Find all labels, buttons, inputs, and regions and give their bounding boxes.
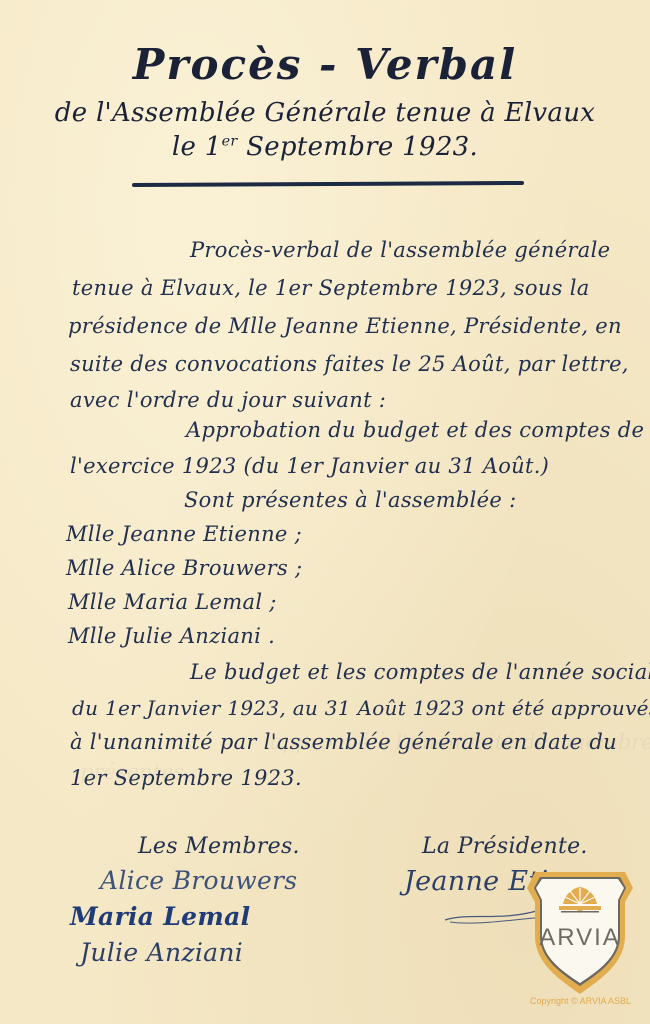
- resolution-line: Le budget et les comptes de l'année soci…: [190, 660, 650, 684]
- signature-julie-anziani: Julie Anziani: [80, 938, 243, 967]
- body-line: tenue à Elvaux, le 1er Septembre 1923, s…: [72, 276, 590, 300]
- arvia-logo-shield: ARVIA: [525, 866, 635, 998]
- body-line: avec l'ordre du jour suivant :: [70, 388, 386, 412]
- agenda-item: Approbation du budget et des comptes de: [186, 418, 644, 442]
- document-subtitle: de l'Assemblée Générale tenue à Elvaux: [0, 98, 650, 128]
- attendee: Mlle Jeanne Etienne ;: [66, 522, 302, 546]
- members-heading: Les Membres.: [138, 834, 300, 859]
- document-date: le 1er Septembre 1923.: [0, 132, 650, 162]
- signature-maria-lemal: Maria Lemal: [70, 902, 250, 931]
- body-line: Procès-verbal de l'assemblée générale: [190, 238, 610, 262]
- body-line: présidence de Mlle Jeanne Etienne, Prési…: [68, 314, 622, 338]
- document-title: Procès - Verbal: [0, 40, 650, 89]
- signature-alice-brouwers: Alice Brouwers: [100, 866, 297, 895]
- agenda-item: l'exercice 1923 (du 1er Janvier au 31 Ao…: [70, 454, 549, 478]
- attendee: Mlle Maria Lemal ;: [68, 590, 277, 614]
- president-heading: La Présidente.: [422, 834, 588, 859]
- resolution-line: du 1er Janvier 1923, au 31 Août 1923 ont…: [72, 696, 650, 720]
- resolution-line: à l'unanimité par l'assemblée générale e…: [70, 730, 617, 754]
- body-line: suite des convocations faites le 25 Août…: [70, 352, 629, 376]
- resolution-line: 1er Septembre 1923.: [70, 766, 302, 790]
- attendees-heading: Sont présentes à l'assemblée :: [184, 488, 517, 512]
- attendee: Mlle Julie Anziani .: [68, 624, 275, 648]
- attendee: Mlle Alice Brouwers ;: [66, 556, 302, 580]
- logo-text: ARVIA: [525, 924, 635, 952]
- title-divider: [132, 181, 524, 187]
- copyright-notice: Copyright © ARVIA ASBL: [530, 996, 631, 1006]
